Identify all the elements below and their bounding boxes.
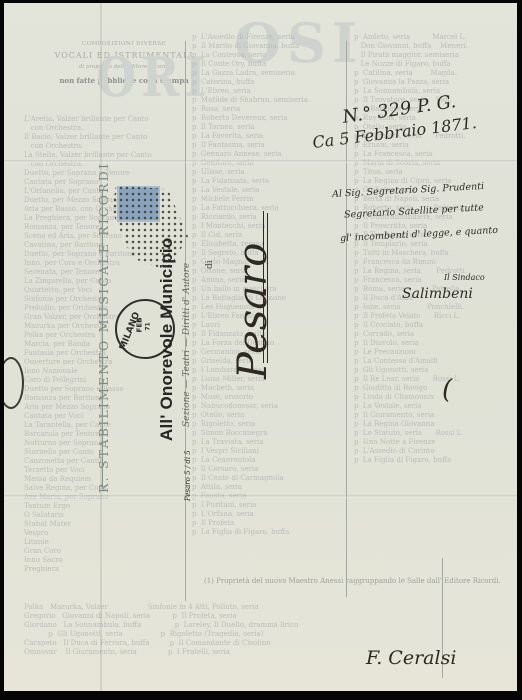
postmark-month: FEB [135, 318, 143, 333]
bracket-mark: ( [442, 375, 452, 405]
city-underline [263, 211, 264, 363]
signature: F. Ceralsi [366, 647, 456, 669]
address-di: di [205, 260, 215, 269]
address-city: Pesaro [230, 243, 276, 379]
note-sign-2: Salimbeni [402, 286, 473, 302]
publisher-name: R. STABILIMENTO MUSICALE RICORDI [96, 162, 111, 493]
printed-footnote: (1) Proprietà del nuovo Maestro Anessi r… [204, 577, 504, 586]
address-subline: Sezione — Teatri — Diritti d' Autore [182, 263, 192, 427]
city-underline [267, 213, 268, 363]
publisher-rule [102, 189, 103, 489]
letter-sheet: COMPOSIZIONI DIVERSE VOCALI ED ISTRUMENT… [4, 3, 517, 691]
partial-postmark [4, 357, 24, 409]
postmark-year: 71 [145, 322, 152, 330]
marginal-note: Pesaro 5 / di 5 [184, 450, 192, 501]
fold-line [4, 495, 517, 498]
addressee: All' Onorevole Municipio [157, 238, 177, 441]
fold-line [4, 160, 517, 163]
note-sign-1: Il Sindaco [444, 273, 485, 282]
